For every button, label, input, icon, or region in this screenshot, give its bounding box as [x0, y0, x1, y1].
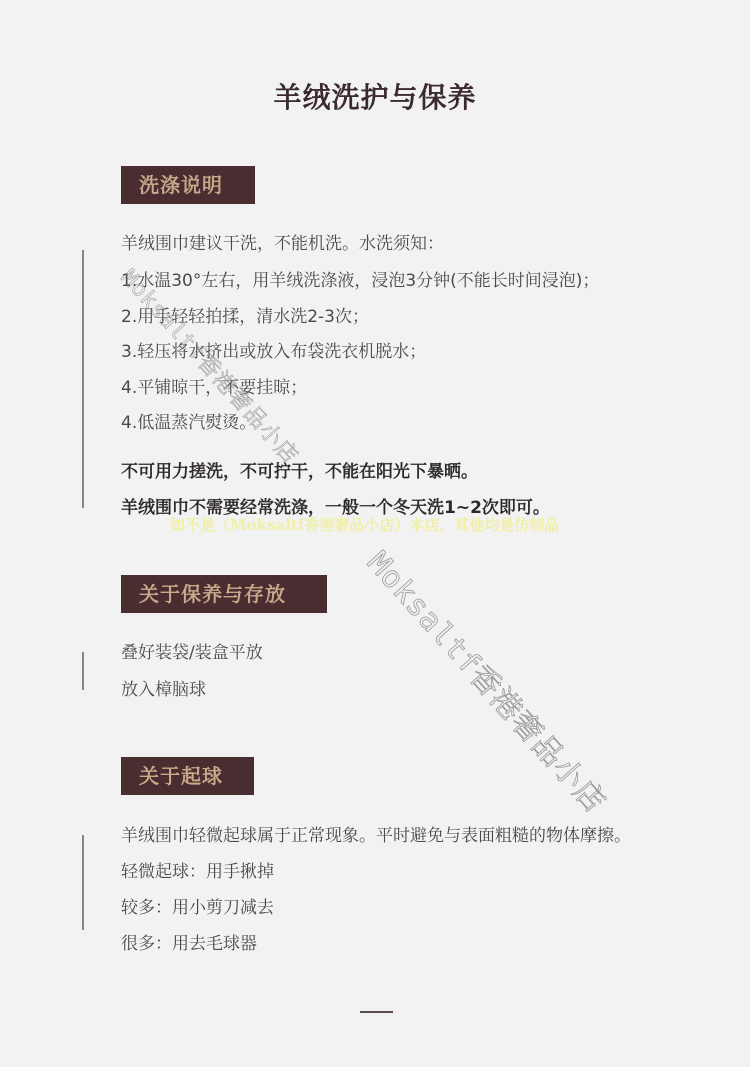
diagonal-watermark: Moksaltf香港奢品小店: [359, 540, 618, 821]
section-divider-line: [82, 250, 84, 508]
pilling-line: 很多：用去毛球器: [121, 933, 257, 955]
section-header-washing: 洗涤说明: [121, 166, 255, 204]
storage-line: 叠好装袋/装盒平放: [121, 642, 263, 664]
storage-line: 放入樟脑球: [121, 679, 206, 701]
section-divider-line: [82, 652, 84, 690]
pilling-line: 较多：用小剪刀减去: [121, 897, 274, 919]
washing-line: 1.水温30°左右，用羊绒洗涤液，浸泡3分钟(不能长时间浸泡)；: [121, 270, 599, 292]
section-header-storage: 关于保养与存放: [121, 575, 327, 613]
bottom-divider: [360, 1011, 393, 1013]
diagonal-watermark: Moksaltf香港奢品小店: [115, 262, 307, 470]
section-header-pilling: 关于起球: [121, 757, 254, 795]
pilling-line: 轻微起球：用手揪掉: [121, 861, 274, 883]
section-divider-line: [82, 835, 84, 930]
washing-line: 3.轻压将水挤出或放入布袋洗衣机脱水；: [121, 341, 426, 363]
notice-watermark: 如不是（Moksaltf香港奢品小店）本店，其他均是仿制品: [170, 514, 559, 535]
washing-line: 羊绒围巾建议干洗，不能机洗。水洗须知：: [121, 233, 444, 255]
page-title: 羊绒洗护与保养: [0, 76, 750, 116]
pilling-line: 羊绒围巾轻微起球属于正常现象。平时避免与表面粗糙的物体摩擦。: [121, 825, 631, 847]
washing-note: 不可用力搓洗，不可拧干，不能在阳光下暴晒。: [121, 461, 478, 483]
